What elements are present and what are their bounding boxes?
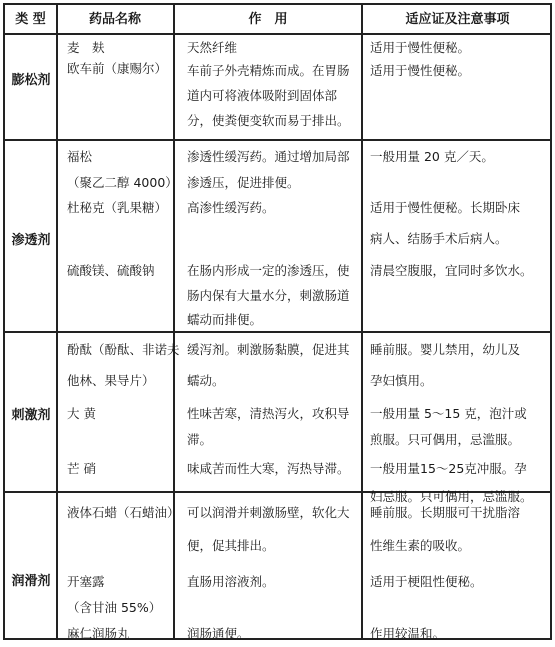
row-divider [5,139,550,141]
note-text: 一般用量 20 克／天。 [370,146,494,167]
drug-name: 液体石蜡（石蜡油） [67,502,180,523]
laxative-table: 类 型 药品名称 作 用 适应证及注意事项 膨松剂 麦 麸 欧车前（康赐尔） 天… [3,3,552,640]
note-text: 作用较温和。 [370,623,445,644]
effect-text: 缓泻剂。刺激肠黏膜，促进其 [187,339,350,360]
note-text: 一般用量15～25克冲服。孕 [370,458,527,479]
drug-name: 麦 麸 [67,37,105,58]
drug-name: 酚酞（酚酞、非诺夫 [67,339,180,360]
note-text: 煎服。只可偶用，忌滥服。 [370,429,520,450]
effect-text: 天然纤维 [187,37,237,58]
note-text: 睡前服。长期服可干扰脂溶 [370,502,520,523]
type-osmotic: 渗透剂 [5,230,57,251]
effect-text: 道内可将液体吸附到固体部 [187,85,337,106]
effect-text: 润肠通便。 [187,623,250,644]
column-divider [361,5,363,638]
drug-name: 芒 硝 [67,458,96,479]
drug-name: 硫酸镁、硫酸钠 [67,260,155,281]
drug-name: 麻仁润肠丸 [67,623,130,644]
drug-name: （含甘油 55%） [67,597,161,618]
header-drug-name: 药品名称 [57,9,173,30]
note-text: 一般用量 5～15 克，泡汁或 [370,403,527,424]
drug-name: 福松 [67,146,92,167]
header-indication: 适应证及注意事项 [363,9,552,30]
drug-name: 欧车前（康赐尔） [67,58,167,79]
note-text: 适用于慢性便秘。 [370,60,470,81]
effect-text: 肠内保有大量水分，刺激肠道 [187,285,350,306]
column-divider [173,5,175,638]
effect-text: 渗透压，促进排便。 [187,172,300,193]
header-type: 类 型 [5,9,56,30]
effect-text: 可以润滑并刺激肠壁，软化大 [187,502,350,523]
drug-name: 他林、果导片） [67,370,155,391]
note-text: 性维生素的吸收。 [370,535,470,556]
note-text: 适用于梗阻性便秘。 [370,571,483,592]
drug-name: 开塞露 [67,571,105,592]
drug-name: 杜秘克（乳果糖） [67,197,167,218]
type-stimulant: 刺激剂 [5,405,57,426]
column-divider [56,5,58,638]
effect-text: 蠕动。 [187,370,225,391]
note-text: 适用于慢性便秘。长期卧床 [370,197,520,218]
note-text: 清晨空腹服，宜同时多饮水。 [370,260,533,281]
effect-text: 蠕动而排便。 [187,309,262,330]
drug-name: （聚乙二醇 4000） [67,172,178,193]
header-effect: 作 用 [175,9,361,30]
note-text: 病人、结肠手术后病人。 [370,228,508,249]
drug-name: 大 黄 [67,403,96,424]
effect-text: 渗透性缓泻药。通过增加局部 [187,146,350,167]
note-text: 孕妇慎用。 [370,370,433,391]
effect-text: 高渗性缓泻药。 [187,197,275,218]
effect-text: 在肠内形成一定的渗透压，使 [187,260,350,281]
type-lubricant: 润滑剂 [5,571,57,592]
effect-text: 分，使粪便变软而易于排出。 [187,110,350,131]
effect-text: 车前子外壳精炼而成。在胃肠 [187,60,350,81]
note-text: 适用于慢性便秘。 [370,37,470,58]
effect-text: 便，促其排出。 [187,535,275,556]
effect-text: 滞。 [187,429,212,450]
header-divider [5,33,550,35]
type-bulking: 膨松剂 [5,70,57,91]
effect-text: 性味苦寒，清热泻火，攻积导 [187,403,350,424]
note-text: 睡前服。婴儿禁用，幼儿及 [370,339,520,360]
row-divider [5,331,550,333]
effect-text: 味咸苦而性大寒，泻热导滞。 [187,458,350,479]
effect-text: 直肠用溶液剂。 [187,571,275,592]
